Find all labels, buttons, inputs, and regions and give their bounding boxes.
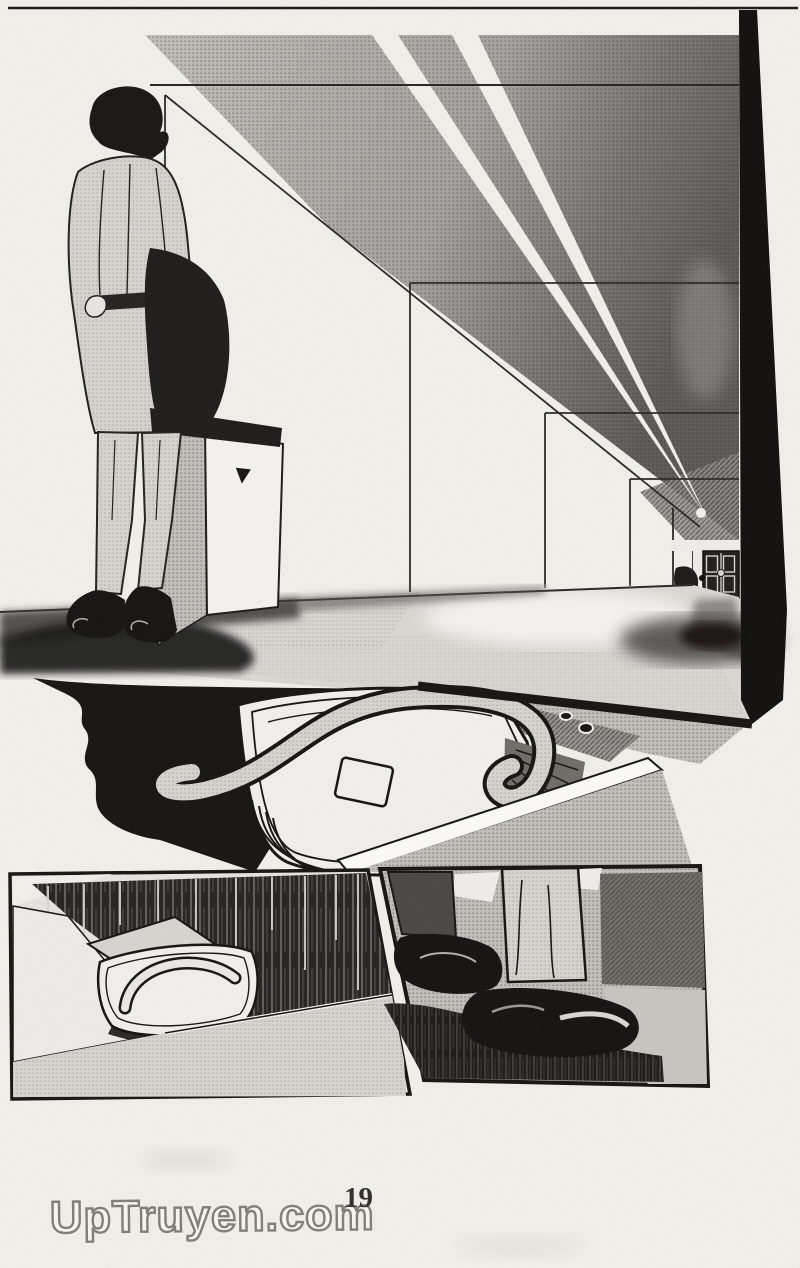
site-watermark: UpTruyen.com xyxy=(50,1188,375,1243)
page-number: 19 xyxy=(344,1182,373,1215)
manga-artwork: ▼ xyxy=(0,0,800,1268)
scan-artifacts xyxy=(0,0,800,1268)
manga-page: ▼ xyxy=(0,0,800,1268)
